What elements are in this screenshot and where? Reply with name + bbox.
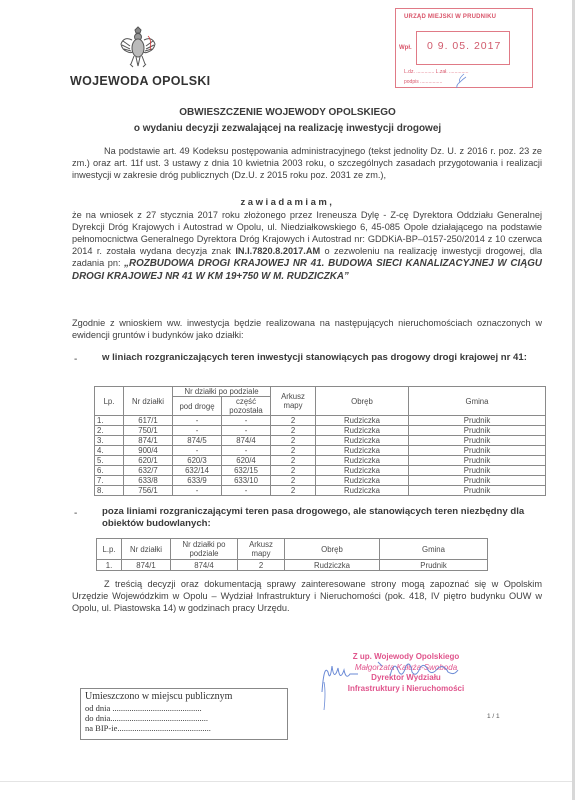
cell-gmina: Prudnik bbox=[409, 456, 546, 466]
col-pod: pod drogę bbox=[173, 397, 222, 416]
cell-lp: 6. bbox=[95, 466, 124, 476]
col-czesc: część pozostała bbox=[222, 397, 271, 416]
organization-name: WOJEWODA OPOLSKI bbox=[70, 74, 210, 88]
cell-pod: 632/14 bbox=[173, 466, 222, 476]
table-row: 1.874/1874/42RudziczkaPrudnik bbox=[97, 560, 488, 571]
stamp-line-podpis: podpis ................ bbox=[404, 79, 442, 85]
cell-czesc: - bbox=[222, 416, 271, 426]
col-obreb: Obręb bbox=[316, 387, 409, 416]
stamp-wpl-label: Wpł. bbox=[399, 45, 412, 51]
cell-pod: 633/9 bbox=[173, 476, 222, 486]
cell-pod: 874/5 bbox=[173, 436, 222, 446]
cell-gmina: Prudnik bbox=[409, 416, 546, 426]
polish-eagle-emblem-icon bbox=[118, 26, 158, 72]
col-obreb: Obręb bbox=[285, 539, 380, 560]
cell-czesc: - bbox=[222, 486, 271, 496]
cell-arkusz: 2 bbox=[238, 560, 285, 571]
col-gmina: Gmina bbox=[380, 539, 488, 560]
closing-paragraph: Z treścią decyzji oraz dokumentacją spra… bbox=[72, 578, 542, 614]
cell-czesc: - bbox=[222, 446, 271, 456]
cell-nr: 632/7 bbox=[124, 466, 173, 476]
cell-gmina: Prudnik bbox=[409, 486, 546, 496]
decision-paragraph: że na wniosek z 27 stycznia 2017 roku zł… bbox=[72, 209, 542, 283]
cell-po: 874/4 bbox=[171, 560, 238, 571]
task-name: „ROZBUDOWA DROGI KRAJOWEJ NR 41. BUDOWA … bbox=[72, 258, 542, 282]
cell-nr: 756/1 bbox=[124, 486, 173, 496]
cell-arkusz: 2 bbox=[271, 476, 316, 486]
stamp-office: URZĄD MIEJSKI W PRUDNIKU bbox=[404, 14, 496, 20]
col-arkusz: Arkusz mapy bbox=[238, 539, 285, 560]
col-gmina: Gmina bbox=[409, 387, 546, 416]
cell-pod: 620/3 bbox=[173, 456, 222, 466]
cell-nr: 620/1 bbox=[124, 456, 173, 466]
cell-lp: 5. bbox=[95, 456, 124, 466]
cell-obreb: Rudziczka bbox=[316, 416, 409, 426]
cell-arkusz: 2 bbox=[271, 456, 316, 466]
cell-czesc: - bbox=[222, 426, 271, 436]
cell-nr: 633/8 bbox=[124, 476, 173, 486]
cell-pod: - bbox=[173, 416, 222, 426]
public-box-from: od dnia ................................… bbox=[85, 703, 283, 713]
section1-bullet: - bbox=[74, 354, 77, 365]
table-row: 4.900/4--2RudziczkaPrudnik bbox=[95, 446, 546, 456]
cell-lp: 3. bbox=[95, 436, 124, 446]
cell-czesc: 620/4 bbox=[222, 456, 271, 466]
accordance-paragraph: Zgodnie z wnioskiem ww. inwestycja będzi… bbox=[72, 317, 542, 341]
col-nr: Nr działki bbox=[122, 539, 171, 560]
cell-gmina: Prudnik bbox=[409, 436, 546, 446]
scan-line-divider bbox=[0, 781, 575, 782]
public-box-to: do dnia.................................… bbox=[85, 713, 283, 723]
stamp-initials-icon bbox=[454, 73, 468, 89]
plots-table-road-lane: Lp. Nr działki Nr działki po podziale Ar… bbox=[94, 386, 546, 496]
cell-pod: - bbox=[173, 446, 222, 456]
document-subtitle: o wydaniu decyzji zezwalającej na realiz… bbox=[0, 123, 575, 134]
table-row: 2.750/1--2RudziczkaPrudnik bbox=[95, 426, 546, 436]
cell-gmina: Prudnik bbox=[409, 426, 546, 436]
public-box-bip: na BIP-ie...............................… bbox=[85, 723, 283, 733]
cell-gmina: Prudnik bbox=[409, 466, 546, 476]
col-po: Nr działki po podziale bbox=[171, 539, 238, 560]
public-box-title: Umieszczono w miejscu publicznym bbox=[85, 691, 283, 703]
table-row: 6.632/7632/14632/152RudziczkaPrudnik bbox=[95, 466, 546, 476]
table-row: 1.617/1--2RudziczkaPrudnik bbox=[95, 416, 546, 426]
plots-table-outside-lane: L.p. Nr działki Nr działki po podziale A… bbox=[96, 538, 488, 571]
cell-lp: 7. bbox=[95, 476, 124, 486]
col-lp: L.p. bbox=[97, 539, 122, 560]
cell-nr: 617/1 bbox=[124, 416, 173, 426]
cell-nr: 900/4 bbox=[124, 446, 173, 456]
cell-obreb: Rudziczka bbox=[316, 436, 409, 446]
table-row: 7.633/8633/9633/102RudziczkaPrudnik bbox=[95, 476, 546, 486]
cell-czesc: 633/10 bbox=[222, 476, 271, 486]
cell-obreb: Rudziczka bbox=[316, 466, 409, 476]
cell-arkusz: 2 bbox=[271, 426, 316, 436]
table-row: 5.620/1620/3620/42RudziczkaPrudnik bbox=[95, 456, 546, 466]
cell-nr: 874/1 bbox=[122, 560, 171, 571]
col-arkusz: Arkusz mapy bbox=[271, 387, 316, 416]
cell-nr: 874/1 bbox=[124, 436, 173, 446]
table-row: 3.874/1874/5874/42RudziczkaPrudnik bbox=[95, 436, 546, 446]
document-title: OBWIESZCZENIE WOJEWODY OPOLSKIEGO bbox=[0, 107, 575, 118]
public-posting-box: Umieszczono w miejscu publicznym od dnia… bbox=[80, 688, 288, 740]
section1-heading: w liniach rozgraniczających teren inwest… bbox=[102, 352, 542, 364]
announcement-word: zawiadamiam, bbox=[0, 197, 575, 208]
cell-nr: 750/1 bbox=[124, 426, 173, 436]
decision-sign: IN.I.7820.8.2017.AM bbox=[235, 246, 320, 256]
handwritten-signature-icon bbox=[318, 652, 488, 712]
cell-obreb: Rudziczka bbox=[316, 446, 409, 456]
cell-czesc: 632/15 bbox=[222, 466, 271, 476]
cell-obreb: Rudziczka bbox=[316, 486, 409, 496]
cell-gmina: Prudnik bbox=[409, 476, 546, 486]
section2-heading: poza liniami rozgraniczającymi teren pas… bbox=[102, 506, 542, 530]
stamp-date-box: 0 9. 05. 2017 bbox=[416, 31, 510, 65]
page-number: 1 / 1 bbox=[487, 713, 500, 720]
cell-obreb: Rudziczka bbox=[316, 456, 409, 466]
cell-arkusz: 2 bbox=[271, 446, 316, 456]
cell-arkusz: 2 bbox=[271, 486, 316, 496]
col-group: Nr działki po podziale bbox=[173, 387, 271, 397]
cell-lp: 8. bbox=[95, 486, 124, 496]
section2-bullet: - bbox=[74, 508, 77, 519]
col-lp: Lp. bbox=[95, 387, 124, 416]
cell-arkusz: 2 bbox=[271, 466, 316, 476]
receipt-stamp: URZĄD MIEJSKI W PRUDNIKU Wpł. 0 9. 05. 2… bbox=[395, 8, 533, 88]
cell-obreb: Rudziczka bbox=[316, 476, 409, 486]
cell-lp: 2. bbox=[95, 426, 124, 436]
cell-obreb: Rudziczka bbox=[285, 560, 380, 571]
cell-lp: 4. bbox=[95, 446, 124, 456]
intro-paragraph: Na podstawie art. 49 Kodeksu postępowani… bbox=[72, 145, 542, 181]
cell-arkusz: 2 bbox=[271, 436, 316, 446]
col-nr: Nr działki bbox=[124, 387, 173, 416]
cell-pod: - bbox=[173, 486, 222, 496]
cell-pod: - bbox=[173, 426, 222, 436]
cell-gmina: Prudnik bbox=[409, 446, 546, 456]
cell-obreb: Rudziczka bbox=[316, 426, 409, 436]
cell-lp: 1. bbox=[95, 416, 124, 426]
stamp-date: 0 9. 05. 2017 bbox=[427, 40, 501, 52]
cell-lp: 1. bbox=[97, 560, 122, 571]
table-row: 8.756/1--2RudziczkaPrudnik bbox=[95, 486, 546, 496]
cell-arkusz: 2 bbox=[271, 416, 316, 426]
cell-czesc: 874/4 bbox=[222, 436, 271, 446]
cell-gmina: Prudnik bbox=[380, 560, 488, 571]
